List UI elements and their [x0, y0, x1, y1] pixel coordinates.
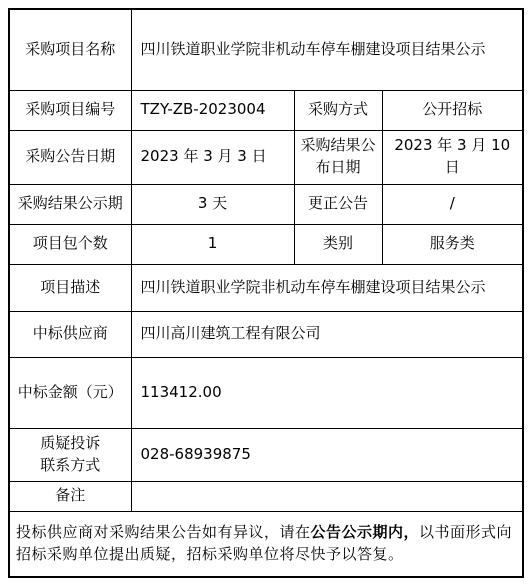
- package-count-label: 项目包个数: [9, 224, 131, 264]
- publicity-period-label: 采购结果公示期: [9, 184, 131, 224]
- row-announcement-date: 采购公告日期 2023 年 3 月 3 日 采购结果公布日期 2023 年 3 …: [9, 130, 523, 184]
- row-project-number: 采购项目编号 TZY-ZB-2023004 采购方式 公开招标: [9, 90, 523, 130]
- procurement-method-value: 公开招标: [382, 90, 523, 130]
- row-winning-amount: 中标金额（元） 113412.00: [9, 357, 523, 428]
- row-remarks: 备注: [9, 481, 523, 511]
- project-number-value: TZY-ZB-2023004: [131, 90, 294, 130]
- correction-notice-value: /: [382, 184, 523, 224]
- winning-supplier-label: 中标供应商: [9, 311, 131, 357]
- row-package-count: 项目包个数 1 类别 服务类: [9, 224, 523, 264]
- result-publish-date-label: 采购结果公布日期: [294, 130, 382, 184]
- category-label: 类别: [294, 224, 382, 264]
- row-footer-note: 投标供应商对采购结果公告如有异议，请在公告公示期内，以书面形式向招标采购单位提出…: [9, 511, 523, 577]
- package-count-value: 1: [131, 224, 294, 264]
- correction-notice-label: 更正公告: [294, 184, 382, 224]
- winning-amount-value: 113412.00: [131, 357, 523, 428]
- complaint-contact-label: 质疑投诉 联系方式: [9, 428, 131, 481]
- remarks-label: 备注: [9, 481, 131, 511]
- publicity-period-value: 3 天: [131, 184, 294, 224]
- page: 采购项目名称 四川铁道职业学院非机动车停车棚建设项目结果公示 采购项目编号 TZ…: [0, 0, 529, 585]
- procurement-result-table: 采购项目名称 四川铁道职业学院非机动车停车棚建设项目结果公示 采购项目编号 TZ…: [8, 8, 524, 578]
- row-project-name: 采购项目名称 四川铁道职业学院非机动车停车棚建设项目结果公示: [9, 9, 523, 90]
- footer-note: 投标供应商对采购结果公告如有异议，请在公告公示期内，以书面形式向招标采购单位提出…: [9, 511, 523, 577]
- complaint-contact-value: 028-68939875: [131, 428, 523, 481]
- row-publicity-period: 采购结果公示期 3 天 更正公告 /: [9, 184, 523, 224]
- project-description-label: 项目描述: [9, 264, 131, 311]
- remarks-value: [131, 481, 523, 511]
- category-value: 服务类: [382, 224, 523, 264]
- announcement-date-label: 采购公告日期: [9, 130, 131, 184]
- row-winning-supplier: 中标供应商 四川高川建筑工程有限公司: [9, 311, 523, 357]
- winning-amount-label: 中标金额（元）: [9, 357, 131, 428]
- footer-note-pre: 投标供应商对采购结果公告如有异议，请在: [16, 523, 311, 541]
- result-publish-date-value: 2023 年 3 月 10 日: [382, 130, 523, 184]
- project-number-label: 采购项目编号: [9, 90, 131, 130]
- project-name-label: 采购项目名称: [9, 9, 131, 90]
- winning-supplier-value: 四川高川建筑工程有限公司: [131, 311, 523, 357]
- row-complaint-contact: 质疑投诉 联系方式 028-68939875: [9, 428, 523, 481]
- footer-note-bold: 公告公示期内，: [311, 523, 420, 541]
- row-project-description: 项目描述 四川铁道职业学院非机动车停车棚建设项目结果公示: [9, 264, 523, 311]
- project-description-value: 四川铁道职业学院非机动车停车棚建设项目结果公示: [131, 264, 523, 311]
- announcement-date-value: 2023 年 3 月 3 日: [131, 130, 294, 184]
- project-name-value: 四川铁道职业学院非机动车停车棚建设项目结果公示: [131, 9, 523, 90]
- procurement-method-label: 采购方式: [294, 90, 382, 130]
